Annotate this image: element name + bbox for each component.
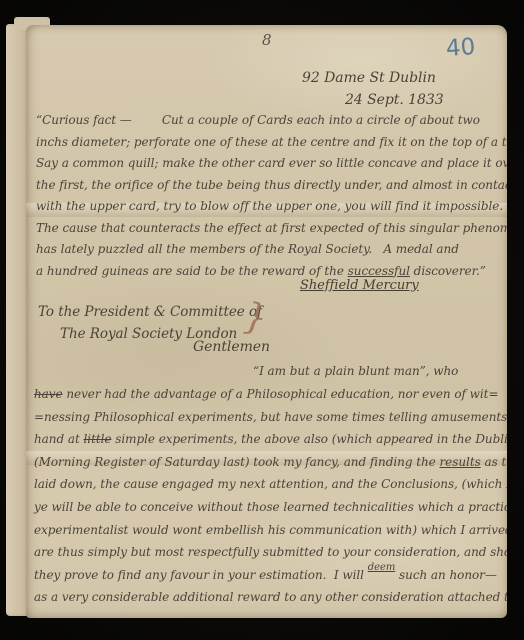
extract-line: a hundred guineas are said to be the rew… xyxy=(36,264,507,286)
extract-line: has lately puzzled all the members of th… xyxy=(36,242,507,264)
letter-page: 8 40 92 Dame St Dublin 24 Sept. 1833 “Cu… xyxy=(26,25,507,618)
photo-background: 8 40 92 Dame St Dublin 24 Sept. 1833 “Cu… xyxy=(0,0,524,640)
manuscript-text-segment: Say a common quill; make the other card … xyxy=(36,156,507,170)
body-line: ye will be able to conceive without thos… xyxy=(34,500,507,523)
body-line: laid down, the cause engaged my next att… xyxy=(34,477,507,500)
manuscript-text-segment: discoverer.” xyxy=(410,264,486,278)
body-line: experimentalist would wont embellish his… xyxy=(34,523,507,546)
manuscript-text-segment: results xyxy=(440,455,481,469)
manuscript-text-segment: laid down, the cause engaged my next att… xyxy=(34,477,507,491)
body-first-line: “I am but a plain blunt man”, who xyxy=(253,364,458,378)
manuscript-text-segment: The cause that counteracts the effect at… xyxy=(36,221,507,235)
manuscript-text-segment: simple experiments, the above also (whic… xyxy=(111,432,507,446)
manuscript-text-segment: “Curious fact — Cut a couple of Cards ea… xyxy=(36,113,480,127)
manuscript-text-segment: hand at xyxy=(34,432,84,446)
body-line: as a very considerable additional reward… xyxy=(34,590,507,613)
manuscript-text-segment: has lately puzzled all the members of th… xyxy=(36,242,459,256)
manuscript-text-segment: ye will be able to conceive without thos… xyxy=(34,500,507,514)
body-line: hand at little simple experiments, the a… xyxy=(34,432,507,455)
salutation: Gentlemen xyxy=(193,339,270,355)
manuscript-text-segment: =nessing Philosophical experiments, but … xyxy=(34,410,507,424)
manuscript-text-segment: are thus simply but most respectfully su… xyxy=(34,545,507,559)
manuscript-text-segment: never had the advantage of a Philosophic… xyxy=(63,387,499,401)
manuscript-text-segment: as therein xyxy=(481,455,507,469)
extract-line: The cause that counteracts the effect at… xyxy=(36,221,507,243)
manuscript-text-segment: they prove to find any favour in your es… xyxy=(34,568,368,582)
extract-line: the first, the orifice of the tube being… xyxy=(36,178,507,200)
extract-line: with the upper card, try to blow off the… xyxy=(36,199,507,221)
manuscript-text-segment: deem xyxy=(368,562,396,573)
manuscript-text-segment: with the upper card, try to blow off the… xyxy=(36,199,503,213)
dateline-date: 24 Sept. 1833 xyxy=(345,92,444,108)
manuscript-text-segment: successful xyxy=(348,264,410,278)
manuscript-text-segment: little xyxy=(84,432,112,446)
manuscript-text-segment: inchs diameter; perforate one of these a… xyxy=(36,135,507,149)
letter-body: have never had the advantage of a Philos… xyxy=(34,387,507,613)
manuscript-text-segment: (Morning Register of Saturday last) took… xyxy=(34,455,440,469)
manuscript-text-segment: have xyxy=(34,387,63,401)
manuscript-text-segment: the first, the orifice of the tube being… xyxy=(36,178,507,192)
folio-number: 40 xyxy=(445,34,476,62)
extract-line: inchs diameter; perforate one of these a… xyxy=(36,135,507,157)
extract-line: Say a common quill; make the other card … xyxy=(36,156,507,178)
extract-line: “Curious fact — Cut a couple of Cards ea… xyxy=(36,113,507,135)
recipient-brace-mark: } xyxy=(242,296,270,339)
body-line: =nessing Philosophical experiments, but … xyxy=(34,410,507,433)
manuscript-text-segment: such an honor— xyxy=(395,568,497,582)
manuscript-text-segment: experimentalist would wont embellish his… xyxy=(34,523,507,537)
body-line: are thus simply but most respectfully su… xyxy=(34,545,507,568)
body-line: (Morning Register of Saturday last) took… xyxy=(34,455,507,478)
extract-attribution: Sheffield Mercury xyxy=(300,278,419,293)
body-line: they prove to find any favour in your es… xyxy=(34,568,507,591)
body-line: have never had the advantage of a Philos… xyxy=(34,387,507,410)
dateline-address: 92 Dame St Dublin xyxy=(302,70,436,86)
recipient-line-1: To the President & Committee of xyxy=(38,304,262,320)
manuscript-text-segment: a hundred guineas are said to be the rew… xyxy=(36,264,348,278)
newspaper-extract: “Curious fact — Cut a couple of Cards ea… xyxy=(36,113,507,285)
manuscript-text-segment: as a very considerable additional reward… xyxy=(34,590,507,604)
page-number: 8 xyxy=(262,31,272,49)
